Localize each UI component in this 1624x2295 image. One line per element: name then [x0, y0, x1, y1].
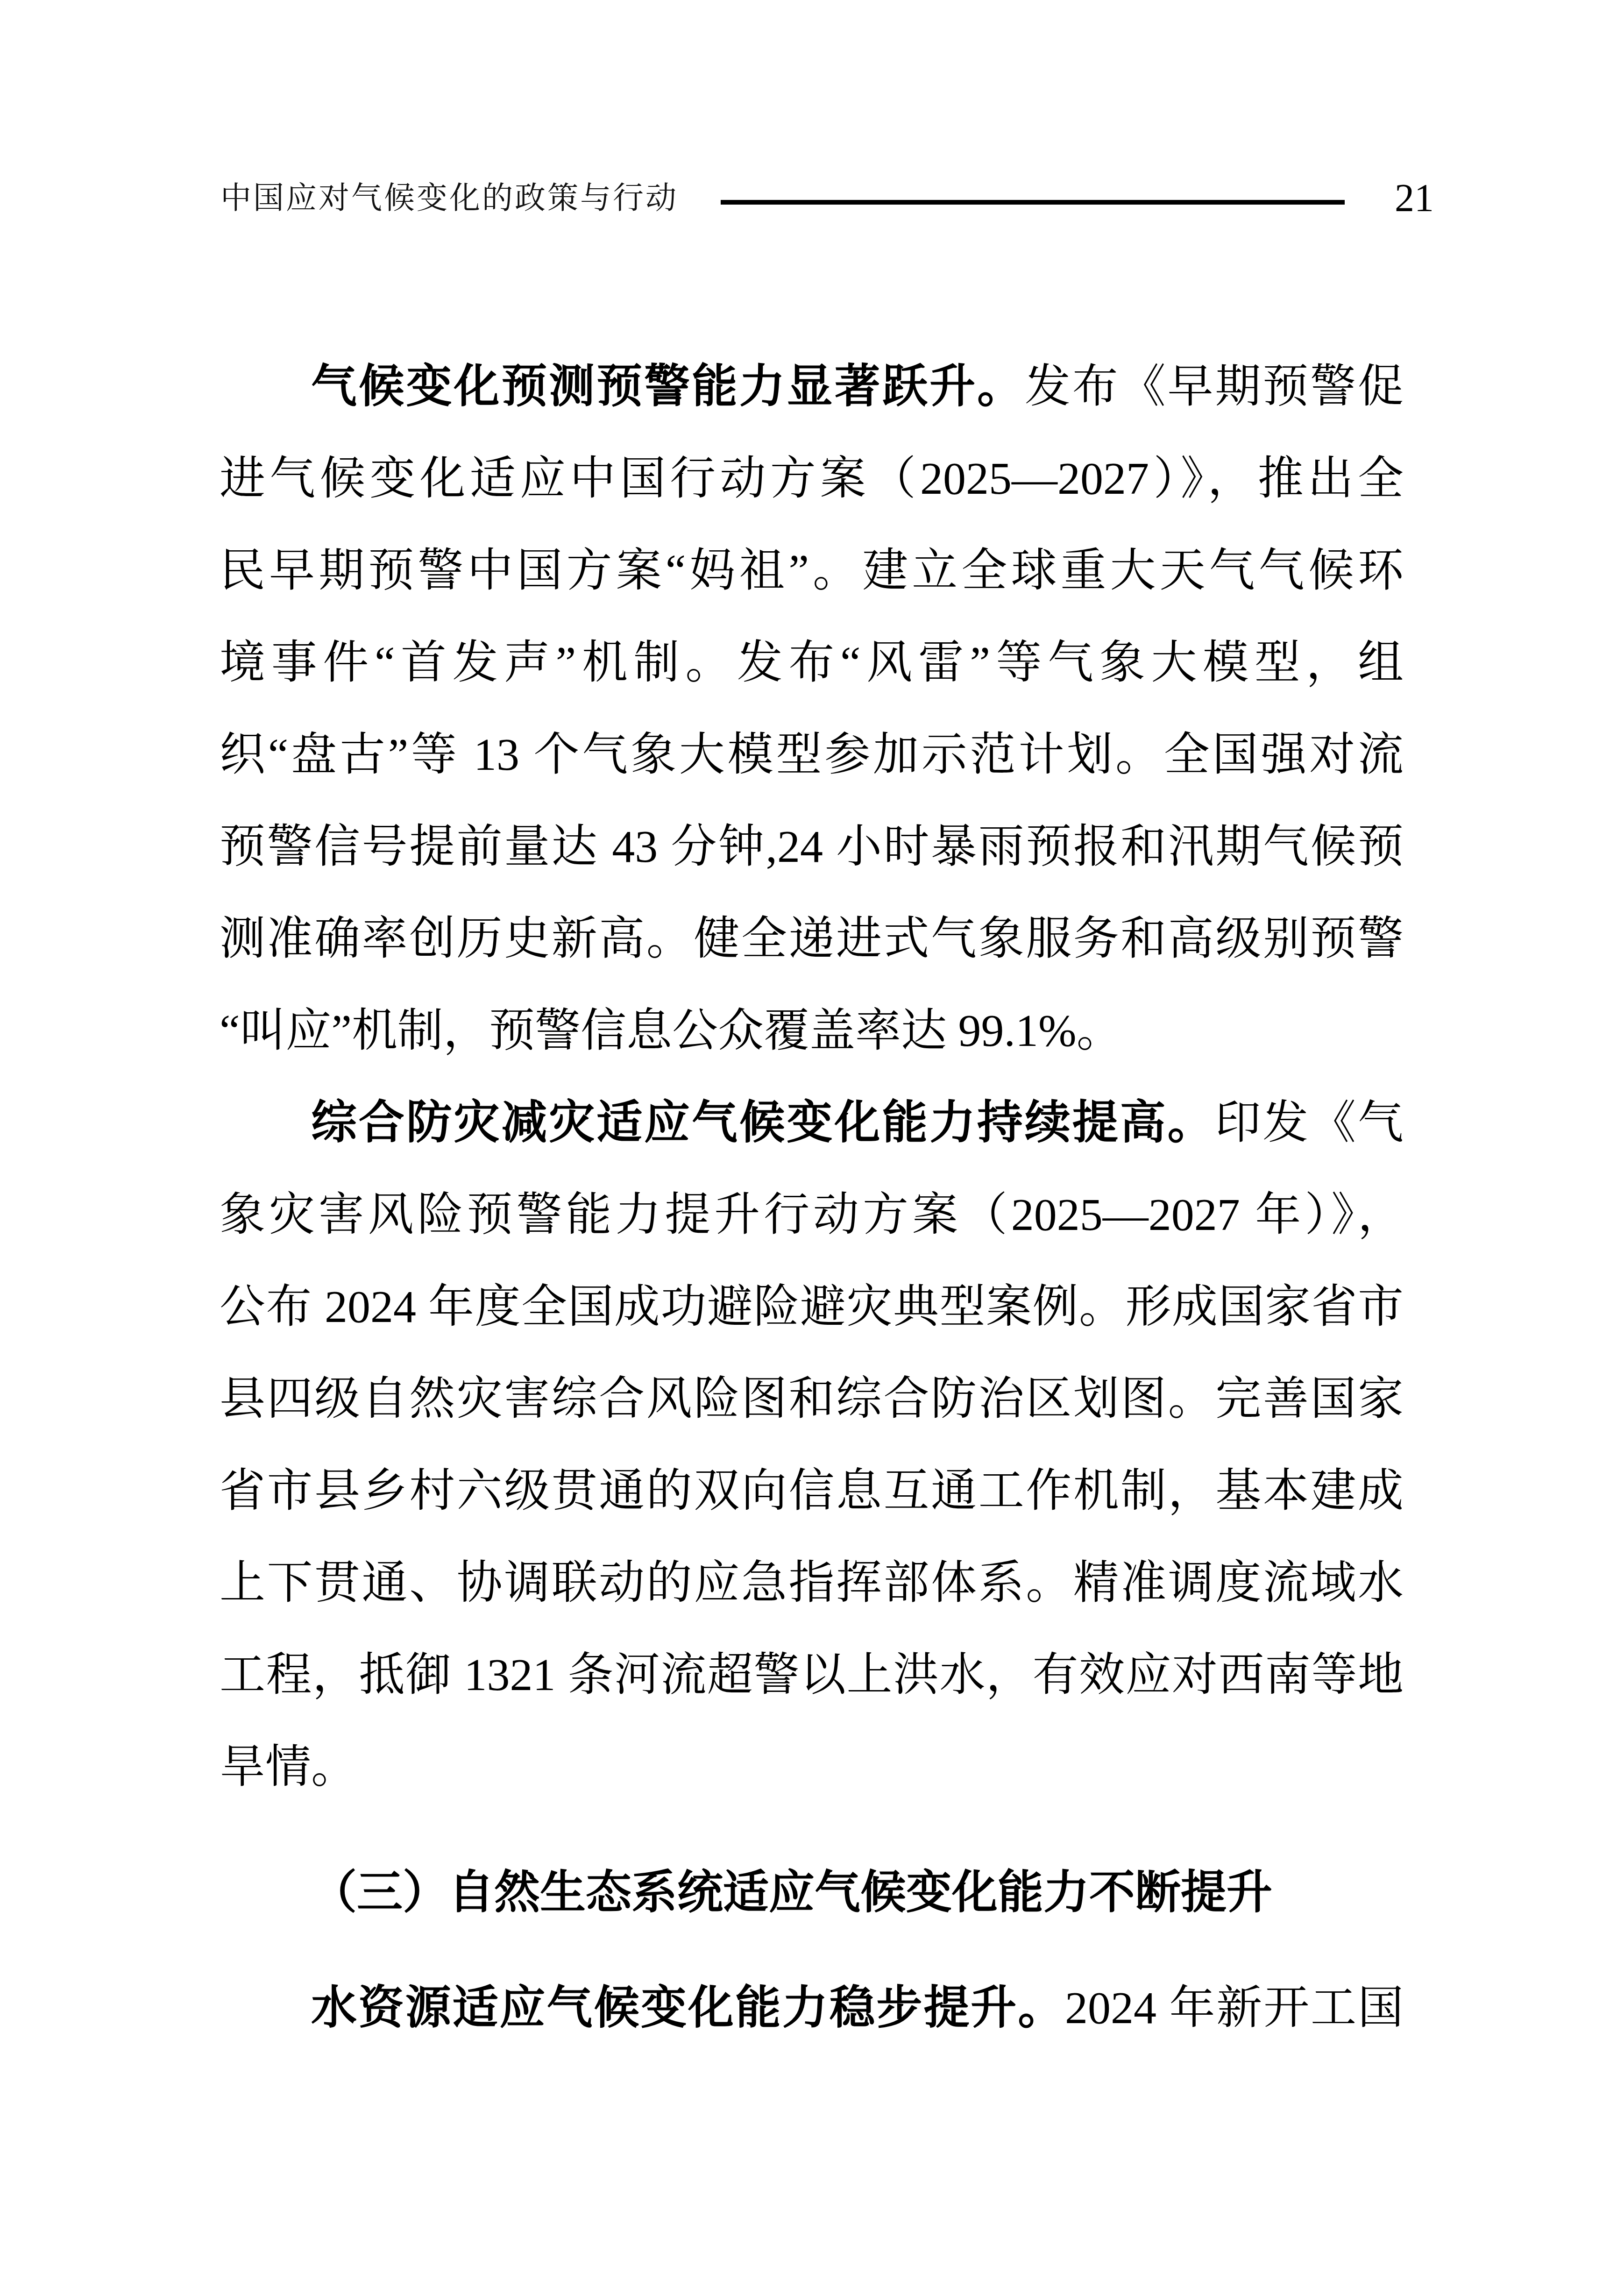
paragraph: 水资源适应气候变化能力稳步提升。2024 年新开工国	[220, 1962, 1404, 2054]
text-segment: 进气候变化适应中国行动方案（2025—2027）》，推出全	[220, 454, 1404, 504]
text-line: 测准确率创历史新高。健全递进式气象服务和高级别预警	[220, 893, 1404, 985]
text-segment: 综合防灾减灾适应气候变化能力持续提高。	[311, 1098, 1215, 1148]
text-segment: 象灾害风险预警能力提升行动方案（2025—2027 年）》，	[220, 1190, 1404, 1240]
text-line: “叫应”机制，预警信息公众覆盖率达 99.1%。	[220, 985, 1404, 1077]
text-segment: 水资源适应气候变化能力稳步提升。	[311, 1983, 1065, 2033]
text-line: 象灾害风险预警能力提升行动方案（2025—2027 年）》，	[220, 1169, 1404, 1261]
text-line: （三）自然生态系统适应气候变化能力不断提升	[220, 1847, 1404, 1939]
text-line: 境事件“首发声”机制。发布“风雷”等气象大模型，组	[220, 617, 1404, 709]
text-segment: 省市县乡村六级贯通的双向信息互通工作机制，基本建成	[220, 1466, 1404, 1516]
document-body: 气候变化预测预警能力显著跃升。发布《早期预警促进气候变化适应中国行动方案（202…	[220, 341, 1404, 2054]
text-segment: 民早期预警中国方案“妈祖”。建立全球重大天气气候环	[220, 546, 1404, 596]
text-line: 县四级自然灾害综合风险图和综合防治区划图。完善国家	[220, 1353, 1404, 1445]
text-line: 上下贯通、协调联动的应急指挥部体系。精准调度流域水	[220, 1537, 1404, 1629]
header-rule	[721, 200, 1345, 205]
section-heading: （三）自然生态系统适应气候变化能力不断提升	[220, 1847, 1404, 1939]
text-segment: “叫应”机制，预警信息公众覆盖率达 99.1%。	[220, 1006, 1122, 1056]
text-line: 气候变化预测预警能力显著跃升。发布《早期预警促	[220, 341, 1404, 433]
text-segment: （三）自然生态系统适应气候变化能力不断提升	[311, 1868, 1272, 1918]
text-segment: 预警信号提前量达 43 分钟,24 小时暴雨预报和汛期气候预	[220, 822, 1404, 872]
text-segment: 上下贯通、协调联动的应急指挥部体系。精准调度流域水	[220, 1558, 1404, 1608]
text-segment: 工程，抵御 1321 条河流超警以上洪水，有效应对西南等地	[220, 1650, 1404, 1700]
text-segment: 测准确率创历史新高。健全递进式气象服务和高级别预警	[220, 914, 1404, 964]
paragraph: 气候变化预测预警能力显著跃升。发布《早期预警促进气候变化适应中国行动方案（202…	[220, 341, 1404, 1077]
page-number: 21	[1395, 179, 1434, 218]
document-page: 中国应对气候变化的政策与行动 21 气候变化预测预警能力显著跃升。发布《早期预警…	[0, 0, 1624, 2295]
text-segment: 县四级自然灾害综合风险图和综合防治区划图。完善国家	[220, 1374, 1404, 1424]
text-segment: 2024 年新开工国	[1065, 1983, 1404, 2033]
paragraph: 综合防灾减灾适应气候变化能力持续提高。印发《气象灾害风险预警能力提升行动方案（2…	[220, 1077, 1404, 1813]
text-line: 综合防灾减灾适应气候变化能力持续提高。印发《气	[220, 1077, 1404, 1169]
text-line: 预警信号提前量达 43 分钟,24 小时暴雨预报和汛期气候预	[220, 801, 1404, 893]
text-line: 民早期预警中国方案“妈祖”。建立全球重大天气气候环	[220, 525, 1404, 617]
text-line: 水资源适应气候变化能力稳步提升。2024 年新开工国	[220, 1962, 1404, 2054]
text-line: 工程，抵御 1321 条河流超警以上洪水，有效应对西南等地	[220, 1629, 1404, 1721]
text-line: 旱情。	[220, 1721, 1404, 1813]
text-segment: 境事件“首发声”机制。发布“风雷”等气象大模型，组	[220, 638, 1404, 688]
running-header-title: 中国应对气候变化的政策与行动	[220, 182, 678, 213]
text-segment: 印发《气	[1215, 1098, 1404, 1148]
text-segment: 公布 2024 年度全国成功避险避灾典型案例。形成国家省市	[220, 1282, 1404, 1332]
text-segment: 发布《早期预警促	[1025, 362, 1404, 412]
text-line: 公布 2024 年度全国成功避险避灾典型案例。形成国家省市	[220, 1261, 1404, 1353]
text-line: 进气候变化适应中国行动方案（2025—2027）》，推出全	[220, 433, 1404, 525]
text-segment: 旱情。	[220, 1742, 357, 1792]
text-line: 省市县乡村六级贯通的双向信息互通工作机制，基本建成	[220, 1445, 1404, 1537]
text-segment: 气候变化预测预警能力显著跃升。	[311, 362, 1025, 412]
text-segment: 织“盘古”等 13 个气象大模型参加示范计划。全国强对流	[220, 730, 1404, 780]
text-line: 织“盘古”等 13 个气象大模型参加示范计划。全国强对流	[220, 709, 1404, 801]
